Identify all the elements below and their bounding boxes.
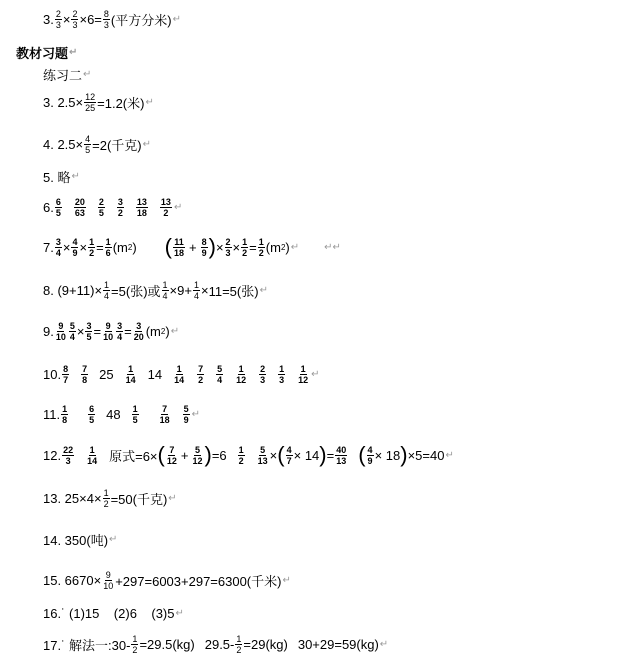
paragraph-mark-icon: ↵ [145, 97, 153, 108]
fraction: 65 [55, 197, 62, 218]
answer-10: 10. 87 78 25 114 14 114 72 54 112 23 13 … [43, 360, 320, 388]
answer-text: 4. 2.5 [43, 137, 76, 152]
times: × [63, 12, 71, 27]
fraction: 54 [69, 321, 76, 342]
fraction: 1118 [173, 237, 185, 258]
fraction: 89 [201, 237, 208, 258]
times: × [76, 95, 84, 110]
fraction: 12 [258, 237, 265, 258]
paragraph-mark-icon: ↵ [109, 534, 117, 545]
paragraph-mark-icon: ↵ [143, 139, 151, 150]
fraction: 12 [88, 237, 95, 258]
answer-text: =50(千克) [111, 489, 168, 508]
answer-text: 14. 350(吨) [43, 530, 108, 549]
answer-text: 5. 略 [43, 167, 70, 186]
fraction: 34 [55, 237, 62, 258]
fraction: 23 [225, 237, 232, 258]
answer-14: 14. 350(吨)↵ [43, 525, 117, 553]
answer-text: 13. 25×4 [43, 491, 94, 506]
top-answer-line: 3. 23 × 23 ×6= 83 (平方分米)↵ [43, 5, 181, 33]
answer-5: 5. 略↵ [43, 162, 80, 190]
answer-text: 11=5(张) [209, 281, 259, 300]
answer-text: 29.5- [205, 637, 235, 652]
answer-16: 16.˙ (1)15 (2)6 (3)5↵ [43, 599, 184, 627]
paragraph-mark-icon: ↵ [71, 171, 79, 182]
paragraph-mark-icon: ↵ [176, 608, 184, 619]
paragraph-mark-icon: ↵ [260, 285, 268, 296]
answer-8: 8. (9+11)× 14 =5(张)或 14 ×9+ 14 ×11=5(张) … [43, 276, 268, 304]
answer-15: 15. 6670× 910 +297=6003+297=6300(千米) ↵ [43, 566, 291, 594]
answer-text: =29(kg) [243, 637, 287, 652]
fraction: 35 [85, 321, 92, 342]
equals: = [94, 12, 102, 27]
paragraph-mark-icon: ↵ [445, 450, 453, 461]
paragraph-mark-icon: ↵↵ [324, 242, 341, 253]
fraction: 23 [71, 9, 78, 30]
answer-text: =1.2(米) [97, 93, 144, 112]
paragraph-mark-icon: ↵ [168, 493, 176, 504]
item-number: 3. [43, 12, 54, 27]
paragraph-mark-icon: ↵ [174, 202, 182, 213]
paragraph-mark-icon: ↵ [291, 242, 299, 253]
times: × [79, 12, 87, 27]
item-number: 6. [43, 200, 54, 215]
paragraph-mark-icon: ↵ [171, 326, 179, 337]
fraction: 1225 [84, 92, 96, 113]
fraction: 32 [117, 197, 124, 218]
paragraph-mark-icon: ↵ [83, 69, 91, 80]
answer-text: 9+ [177, 283, 192, 298]
paragraph-mark-icon: ↵ [173, 14, 181, 25]
paragraph-mark-icon: ↵ [69, 47, 77, 58]
item-number: 10. [43, 367, 61, 382]
answer-12: 12. 223 114 原式=6×( 712+ 512)=6 12 513×( … [43, 441, 454, 469]
answer-text: 3. 2.5 [43, 95, 76, 110]
fraction: 12 [241, 237, 248, 258]
answer-text: =5(张)或 [111, 281, 160, 300]
answer-11: 11. 18 65 48 15 718 59 ↵ [43, 400, 200, 428]
fraction: 320 [133, 321, 145, 342]
fraction: 1318 [136, 197, 148, 218]
fraction: 132 [160, 197, 172, 218]
fraction: 14 [103, 280, 110, 301]
paragraph-mark-icon: ↵ [380, 639, 388, 650]
item-number: 11. [43, 407, 60, 422]
fraction: 910 [102, 321, 114, 342]
subsection-heading-text: 练习二 [43, 65, 82, 84]
answer-text: =29.5(kg) [139, 637, 194, 652]
subsection-heading: 练习二↵ [43, 60, 91, 88]
item-number: 7. [43, 240, 54, 255]
fraction: 910 [55, 321, 67, 342]
fraction: 14 [193, 280, 200, 301]
paragraph-mark-icon: ↵ [192, 409, 200, 420]
fraction: 16 [105, 237, 112, 258]
item-number: 12. [43, 448, 61, 463]
paragraph-mark-icon: ↵ [282, 575, 290, 586]
answer-9: 9. 910 54× 35= 910 34= 320 (m2) ↵ [43, 317, 179, 345]
paragraph-mark-icon: ↵ [311, 369, 319, 380]
answer-17: 17.˙ 解法一:30- 12 =29.5(kg) 29.5- 12 =29(k… [43, 630, 388, 658]
answer-text: 30+29=59(kg) [298, 637, 379, 652]
fraction: 49 [71, 237, 78, 258]
answer-7: 7. 34× 49× 12= 16 (m2) ( 1118 + 89 )× 23… [43, 233, 341, 261]
answer-4: 4. 2.5× 45 =2(千克)↵ [43, 130, 151, 158]
item-number: 9. [43, 324, 54, 339]
answer-text: +297=6003+297=6300(千米) [115, 571, 281, 590]
fraction: 45 [84, 134, 91, 155]
answer-6: 6. 65 2063 25 32 1318 132 ↵ [43, 193, 182, 221]
answer-text: 8. (9+11) [43, 283, 94, 298]
answer-text: 16.˙ (1)15 (2)6 (3)5 [43, 606, 175, 621]
fraction: 83 [103, 9, 110, 30]
fraction: 34 [116, 321, 123, 342]
fraction: 2063 [74, 197, 86, 218]
answer-text: 17.˙ 解法一:30- [43, 635, 130, 654]
times: × [76, 137, 84, 152]
fraction: 14 [162, 280, 169, 301]
answer-text: 15. 6670 [43, 573, 94, 588]
unit: (平方分米) [111, 10, 172, 29]
answer-13: 13. 25×4× 12 =50(千克) ↵ [43, 484, 177, 512]
value: 6 [87, 12, 94, 27]
section-heading-text: 教材习题 [16, 43, 68, 62]
answer-3: 3. 2.5× 1225 =1.2(米)↵ [43, 88, 154, 116]
fraction: 23 [55, 9, 62, 30]
fraction: 25 [98, 197, 105, 218]
answer-text: =2(千克) [92, 135, 141, 154]
